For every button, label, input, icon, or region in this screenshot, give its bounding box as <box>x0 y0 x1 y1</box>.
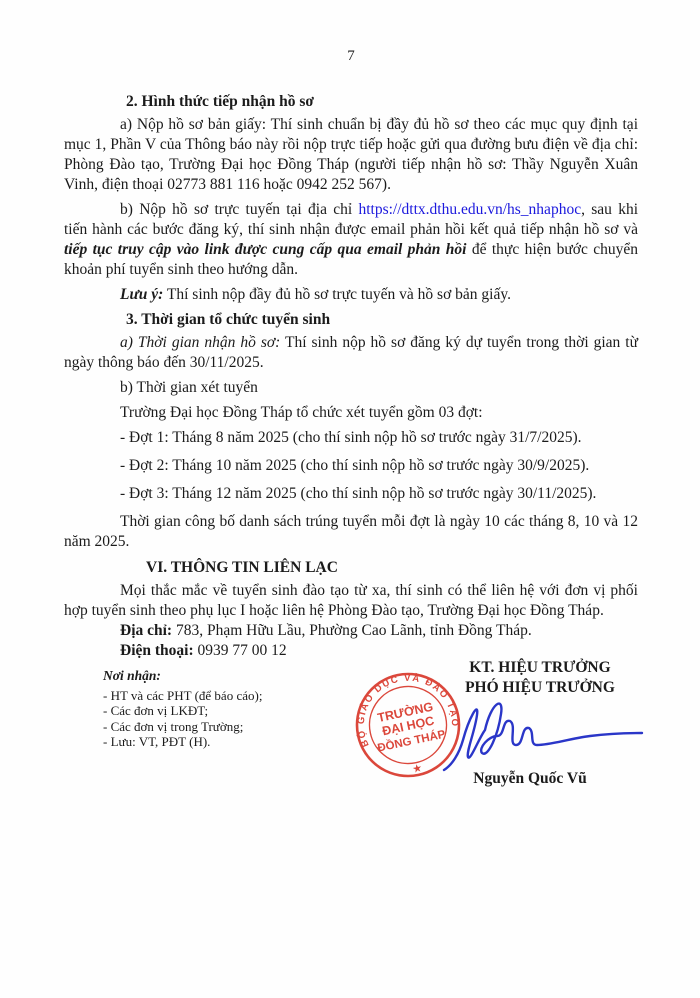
phone-label: Điện thoại: <box>120 642 194 659</box>
address-line: Địa chỉ: 783, Phạm Hữu Lầu, Phường Cao L… <box>64 621 638 641</box>
recipient-item: - HT và các PHT (để báo cáo); <box>103 688 333 704</box>
note-line: Lưu ý: Thí sinh nộp đầy đủ hồ sơ trực tu… <box>64 285 638 305</box>
recipients-block: Nơi nhận: - HT và các PHT (để báo cáo); … <box>103 668 333 750</box>
section-3-heading: 3. Thời gian tổ chức tuyển sinh <box>64 310 638 330</box>
paragraph-reception-time: a) Thời gian nhận hồ sơ: Thí sinh nộp hồ… <box>64 333 638 373</box>
rounds-intro: Trường Đại học Đồng Tháp tổ chức xét tuy… <box>64 403 638 423</box>
online-submission-emphasis: tiếp tục truy cập vào link được cung cấp… <box>64 241 466 258</box>
recipient-item: - Lưu: VT, PĐT (H). <box>103 734 333 750</box>
document-body: 7 2. Hình thức tiếp nhận hồ sơ a) Nộp hồ… <box>64 46 638 666</box>
note-label: Lưu ý: <box>120 286 163 303</box>
admission-time-subheading: b) Thời gian xét tuyển <box>64 378 638 398</box>
online-submission-pre: b) Nộp hồ sơ trực tuyến tại địa chỉ <box>120 201 358 218</box>
phone-text: 0939 77 00 12 <box>194 642 287 659</box>
signature-stroke <box>444 704 642 770</box>
round-2-item: - Đợt 2: Tháng 10 năm 2025 (cho thí sinh… <box>64 456 638 476</box>
recipient-item: - Các đơn vị LKĐT; <box>103 703 333 719</box>
paragraph-paper-submission: a) Nộp hồ sơ bản giấy: Thí sinh chuẩn bị… <box>64 115 638 195</box>
signer-name: Nguyễn Quốc Vũ <box>420 770 640 788</box>
document-page: 7 2. Hình thức tiếp nhận hồ sơ a) Nộp hồ… <box>0 0 700 998</box>
section-2-heading: 2. Hình thức tiếp nhận hồ sơ <box>64 92 638 112</box>
section-6-heading: VI. THÔNG TIN LIÊN LẠC <box>64 558 638 578</box>
round-1-item: - Đợt 1: Tháng 8 năm 2025 (cho thí sinh … <box>64 428 638 448</box>
round-3-item: - Đợt 3: Tháng 12 năm 2025 (cho thí sinh… <box>64 484 638 504</box>
page-number: 7 <box>64 46 638 66</box>
submission-url-link[interactable]: https://dttx.dthu.edu.vn/hs_nhaphoc <box>358 201 581 218</box>
address-text: 783, Phạm Hữu Lầu, Phường Cao Lãnh, tỉnh… <box>172 622 532 639</box>
announcement-paragraph: Thời gian công bố danh sách trúng tuyển … <box>64 512 638 552</box>
note-text: Thí sinh nộp đầy đủ hồ sơ trực tuyến và … <box>163 286 511 303</box>
paragraph-online-submission: b) Nộp hồ sơ trực tuyến tại địa chỉ http… <box>64 200 638 280</box>
contact-paragraph: Mọi thắc mắc về tuyển sinh đào tạo từ xa… <box>64 581 638 621</box>
reception-time-label: a) Thời gian nhận hồ sơ: <box>120 334 280 351</box>
recipient-item: - Các đơn vị trong Trường; <box>103 719 333 735</box>
recipients-heading: Nơi nhận: <box>103 668 333 684</box>
address-label: Địa chỉ: <box>120 622 172 639</box>
